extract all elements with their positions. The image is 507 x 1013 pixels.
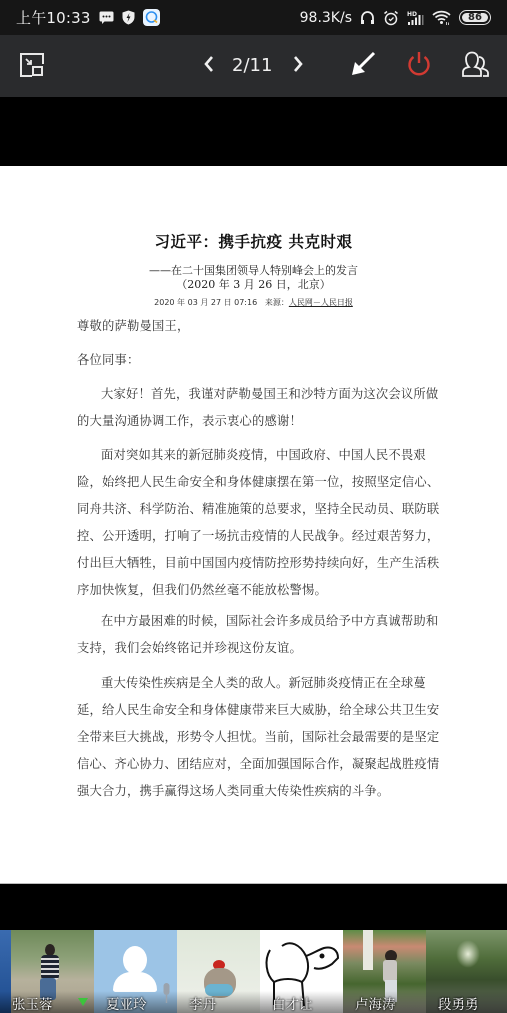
- participant-tile[interactable]: 段勇勇: [426, 930, 507, 1013]
- minimize-window-button[interactable]: [18, 53, 46, 81]
- arrow-pointer-icon: [350, 51, 376, 81]
- participant-video-strip[interactable]: 张玉蓉 夏亚玲 李丹 白才让: [0, 930, 507, 1013]
- participant-tile[interactable]: 夏亚玲: [94, 930, 177, 1013]
- meeting-toolbar: 2/11: [0, 35, 507, 97]
- participant-tile[interactable]: 卢海涛: [343, 930, 426, 1013]
- battery-indicator: 86: [459, 10, 491, 25]
- article-subtitle-date: （2020 年 3 月 26 日，北京）: [0, 276, 507, 292]
- article-source-link[interactable]: 人民网－人民日报: [289, 298, 353, 307]
- mic-muted-icon: [162, 983, 171, 1007]
- headset-icon: [360, 10, 375, 26]
- svg-text:HD: HD: [407, 11, 417, 18]
- article-source-label: 来源：: [265, 298, 289, 307]
- mic-active-icon: [78, 991, 88, 1010]
- participants-button[interactable]: [459, 51, 493, 81]
- document-margin-top: [0, 97, 507, 166]
- page-indicator: 2/11: [232, 55, 272, 76]
- participant-name: 段勇勇: [438, 993, 479, 1013]
- paragraph-3: 在中方最困难的时候，国际社会许多成员给予中方真诚帮助和支持，我们会始终铭记并珍视…: [77, 608, 440, 662]
- paragraph-salutation-1: 尊敬的萨勒曼国王，: [77, 313, 440, 340]
- participant-tile[interactable]: 张玉蓉: [0, 930, 94, 1013]
- participant-name: 卢海涛: [355, 993, 396, 1013]
- participant-tile[interactable]: 白才让: [260, 930, 343, 1013]
- chevron-left-icon: [203, 55, 215, 77]
- shield-bolt-icon: [122, 10, 135, 25]
- paragraph-salutation-2: 各位同事：: [77, 347, 440, 374]
- article-meta: 2020 年 03 月 27 日 07:16 来源：人民网－人民日报: [0, 297, 507, 308]
- participant-name: 张玉蓉: [12, 993, 53, 1013]
- participant-tile[interactable]: 李丹: [177, 930, 260, 1013]
- participant-name: 李丹: [189, 993, 216, 1013]
- next-page-button[interactable]: [287, 54, 309, 78]
- status-bar: 上午10:33 98.3K/s HD 86: [0, 0, 507, 35]
- paragraph-1: 大家好！首先，我谨对萨勒曼国王和沙特方面为这次会议所做的大量沟通协调工作，表示衷…: [77, 381, 440, 435]
- participant-name: 白才让: [272, 993, 313, 1013]
- network-speed: 98.3K/s: [300, 10, 352, 26]
- alarm-icon: [383, 10, 399, 26]
- status-time: 上午10:33: [16, 7, 91, 28]
- article-title: 习近平：携手抗疫 共克时艰: [0, 230, 507, 252]
- shared-document-page[interactable]: 习近平：携手抗疫 共克时艰 ——在二十国集团领导人特别峰会上的发言 （2020 …: [0, 166, 507, 883]
- paragraph-2: 面对突如其来的新冠肺炎疫情，中国政府、中国人民不畏艰险，始终把人民生命安全和身体…: [77, 442, 440, 604]
- leave-meeting-button[interactable]: [405, 51, 433, 81]
- chevron-right-icon: [292, 55, 304, 77]
- picture-in-picture-icon: [19, 52, 45, 82]
- participant-name: 夏亚玲: [106, 993, 147, 1013]
- participants-icon: [460, 50, 492, 82]
- paragraph-4: 重大传染性疾病是全人类的敌人。新冠肺炎疫情正在全球蔓延，给人民生命安全和身体健康…: [77, 670, 440, 805]
- chat-app-icon: [143, 9, 160, 26]
- power-icon: [406, 50, 432, 82]
- prev-page-button[interactable]: [198, 54, 220, 78]
- wifi-icon: [432, 10, 451, 25]
- hd-signal-icon: HD: [407, 10, 424, 26]
- message-icon: [99, 11, 114, 24]
- document-margin-bottom: [0, 883, 507, 930]
- pointer-tool-button[interactable]: [349, 52, 377, 80]
- article-date: 2020 年 03 月 27 日 07:16: [154, 298, 257, 307]
